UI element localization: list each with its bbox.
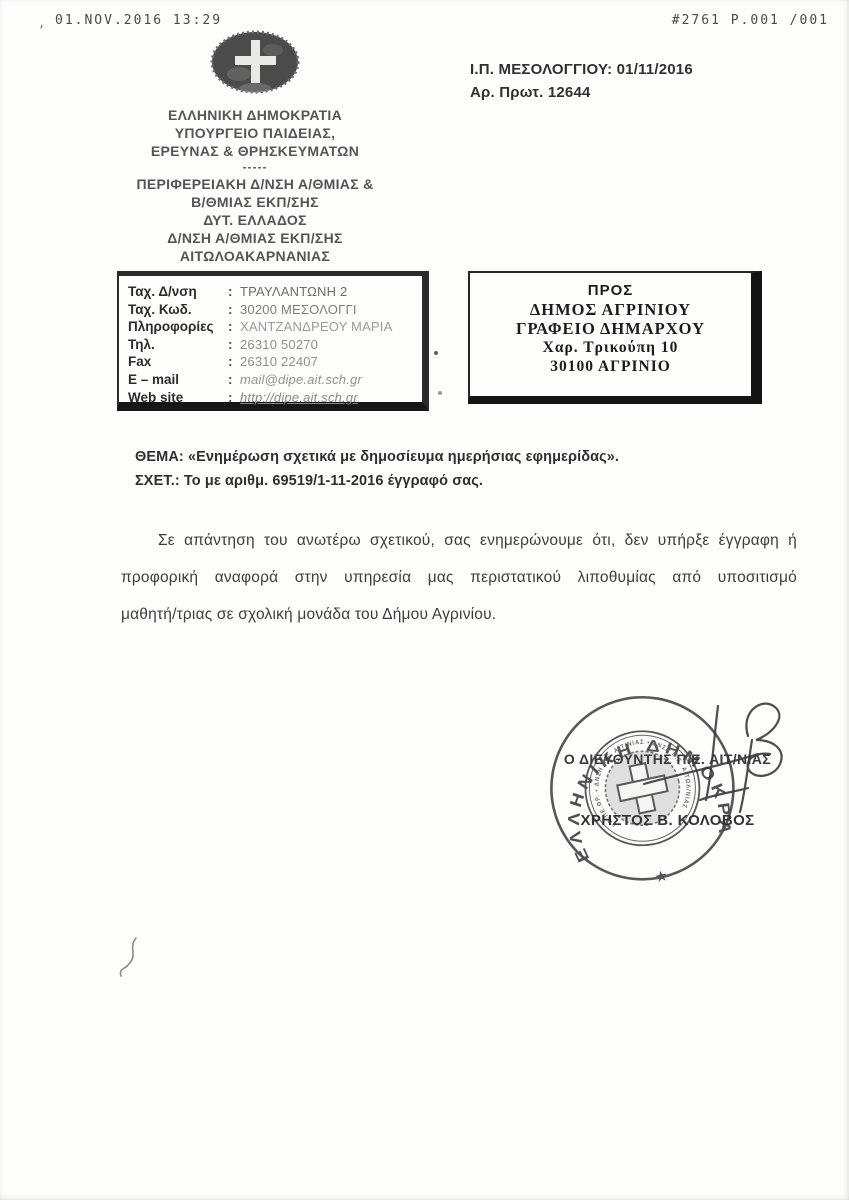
contact-row: Ταχ. Κωδ. : 30200 ΜΕΣΟΛΟΓΓΙ	[128, 301, 416, 319]
contact-row: Τηλ. : 26310 50270	[128, 336, 416, 354]
recipient-line: ΓΡΑΦΕΙΟ ΔΗΜΑΡΧΟΥ	[470, 319, 751, 338]
letterhead-department-line: ΔΥΤ. ΕΛΛΑΔΟΣ	[105, 211, 405, 229]
contact-label: Ταχ. Κωδ.	[128, 301, 228, 319]
fax-timestamp: 01.NOV.2016 13:29	[55, 13, 222, 28]
contact-value: 30200 ΜΕΣΟΛΟΓΓΙ	[240, 301, 357, 319]
letterhead-department-line: Δ/ΝΣΗ Α/ΘΜΙΑΣ ΕΚΠ/ΣΗΣ	[105, 229, 405, 247]
letterhead-line: ΕΛΛΗΝΙΚΗ ΔΗΜΟΚΡΑΤΙΑ	[105, 106, 405, 124]
letterhead: ΕΛΛΗΝΙΚΗ ΔΗΜΟΚΡΑΤΙΑ ΥΠΟΥΡΓΕΙΟ ΠΑΙΔΕΙΑΣ, …	[105, 28, 405, 265]
contact-label: Πληροφορίες	[128, 318, 228, 336]
contact-label: E – mail	[128, 371, 228, 389]
body-line: μαθητή/τριας σε σχολική μονάδα του Δήμου…	[121, 596, 797, 633]
colon: :	[228, 301, 240, 319]
hellenic-republic-emblem-icon	[207, 28, 303, 98]
colon: :	[228, 371, 240, 389]
recipient-line: Χαρ. Τρικούπη 10	[470, 338, 751, 357]
letterhead-department-line: Β/ΘΜΙΑΣ ΕΚΠ/ΣΗΣ	[105, 193, 405, 211]
recipient-line: 30100 ΑΓΡΙΝΙΟ	[470, 357, 751, 376]
colon: :	[228, 283, 240, 301]
email-value: mail@dipe.ait.sch.gr	[240, 371, 362, 389]
sender-contact-box: Ταχ. Δ/νση : ΤΡΑΥΛΑΝΤΩΝΗ 2 Ταχ. Κωδ. : 3…	[117, 271, 429, 411]
stamp-star: ★	[653, 867, 670, 886]
letterhead-line: ΕΡΕΥΝΑΣ & ΘΡΗΣΚΕΥΜΑΤΩΝ	[105, 142, 405, 160]
letterhead-department-line: ΑΙΤΩΛΟΑΚΑΡΝΑΝΙΑΣ	[105, 247, 405, 265]
scan-dot	[438, 391, 442, 395]
contact-label: Ταχ. Δ/νση	[128, 283, 228, 301]
contact-row: E – mail : mail@dipe.ait.sch.gr	[128, 371, 416, 389]
colon: :	[228, 336, 240, 354]
to-label: ΠΡΟΣ	[470, 281, 751, 300]
contact-value: ΧΑΝΤΖΑΝΔΡΕΟΥ ΜΑΡΙΑ	[240, 318, 393, 336]
contact-row: Fax : 26310 22407	[128, 353, 416, 371]
contact-label: Τηλ.	[128, 336, 228, 354]
recipient-box: ΠΡΟΣ ΔΗΜΟΣ ΑΓΡΙΝΙΟΥ ΓΡΑΦΕΙΟ ΔΗΜΑΡΧΟΥ Χαρ…	[468, 271, 762, 404]
pen-squiggle-mark	[110, 930, 160, 1000]
scan-artifact-mark: ,	[38, 16, 45, 30]
body-line: προφορική αναφορά στην υπηρεσία μας περι…	[121, 559, 797, 596]
scanned-letter-page: , 01.NOV.2016 13:29 #2761 P.001 /001 ΕΛΛ…	[0, 0, 849, 1200]
contact-value: ΤΡΑΥΛΑΝΤΩΝΗ 2	[240, 283, 347, 301]
website-value: http://dipe.ait.sch.gr	[240, 389, 358, 407]
colon: :	[228, 389, 240, 407]
contact-value: 26310 22407	[240, 353, 318, 371]
recipient-line: ΔΗΜΟΣ ΑΓΡΙΝΙΟΥ	[470, 300, 751, 319]
colon: :	[228, 353, 240, 371]
contact-row: Web site : http://dipe.ait.sch.gr	[128, 389, 416, 407]
letterhead-department-line: ΠΕΡΙΦΕΡΕΙΑΚΗ Δ/ΝΣΗ Α/ΘΜΙΑΣ &	[105, 175, 405, 193]
subject-line: ΘΕΜΑ: «Ενημέρωση σχετικά με δημοσίευμα η…	[135, 446, 775, 470]
body-line: Σε απάντηση του ανωτέρω σχετικού, σας εν…	[121, 522, 797, 559]
reference-block: Ι.Π. ΜΕΣΟΛΟΓΓΙΟΥ: 01/11/2016 Αρ. Πρωτ. 1…	[470, 58, 693, 104]
contact-label: Fax	[128, 353, 228, 371]
contact-row: Ταχ. Δ/νση : ΤΡΑΥΛΑΝΤΩΝΗ 2	[128, 283, 416, 301]
contact-label: Web site	[128, 389, 228, 407]
handwritten-signature	[640, 688, 810, 848]
scan-dot	[434, 351, 438, 355]
subject-block: ΘΕΜΑ: «Ενημέρωση σχετικά με δημοσίευμα η…	[135, 446, 775, 493]
contact-row: Πληροφορίες : ΧΑΝΤΖΑΝΔΡΕΟΥ ΜΑΡΙΑ	[128, 318, 416, 336]
protocol-number: Αρ. Πρωτ. 12644	[470, 81, 693, 104]
letterhead-line: ΥΠΟΥΡΓΕΙΟ ΠΑΙΔΕΙΑΣ,	[105, 124, 405, 142]
body-paragraph: Σε απάντηση του ανωτέρω σχετικού, σας εν…	[121, 522, 797, 633]
fax-page-info: #2761 P.001 /001	[672, 13, 829, 28]
contact-value: 26310 50270	[240, 336, 318, 354]
colon: :	[228, 318, 240, 336]
related-doc-line: ΣΧΕΤ.: Το με αριθμ. 69519/1-11-2016 έγγρ…	[135, 470, 775, 494]
letterhead-separator: -----	[105, 160, 405, 175]
place-date: Ι.Π. ΜΕΣΟΛΟΓΓΙΟΥ: 01/11/2016	[470, 58, 693, 81]
